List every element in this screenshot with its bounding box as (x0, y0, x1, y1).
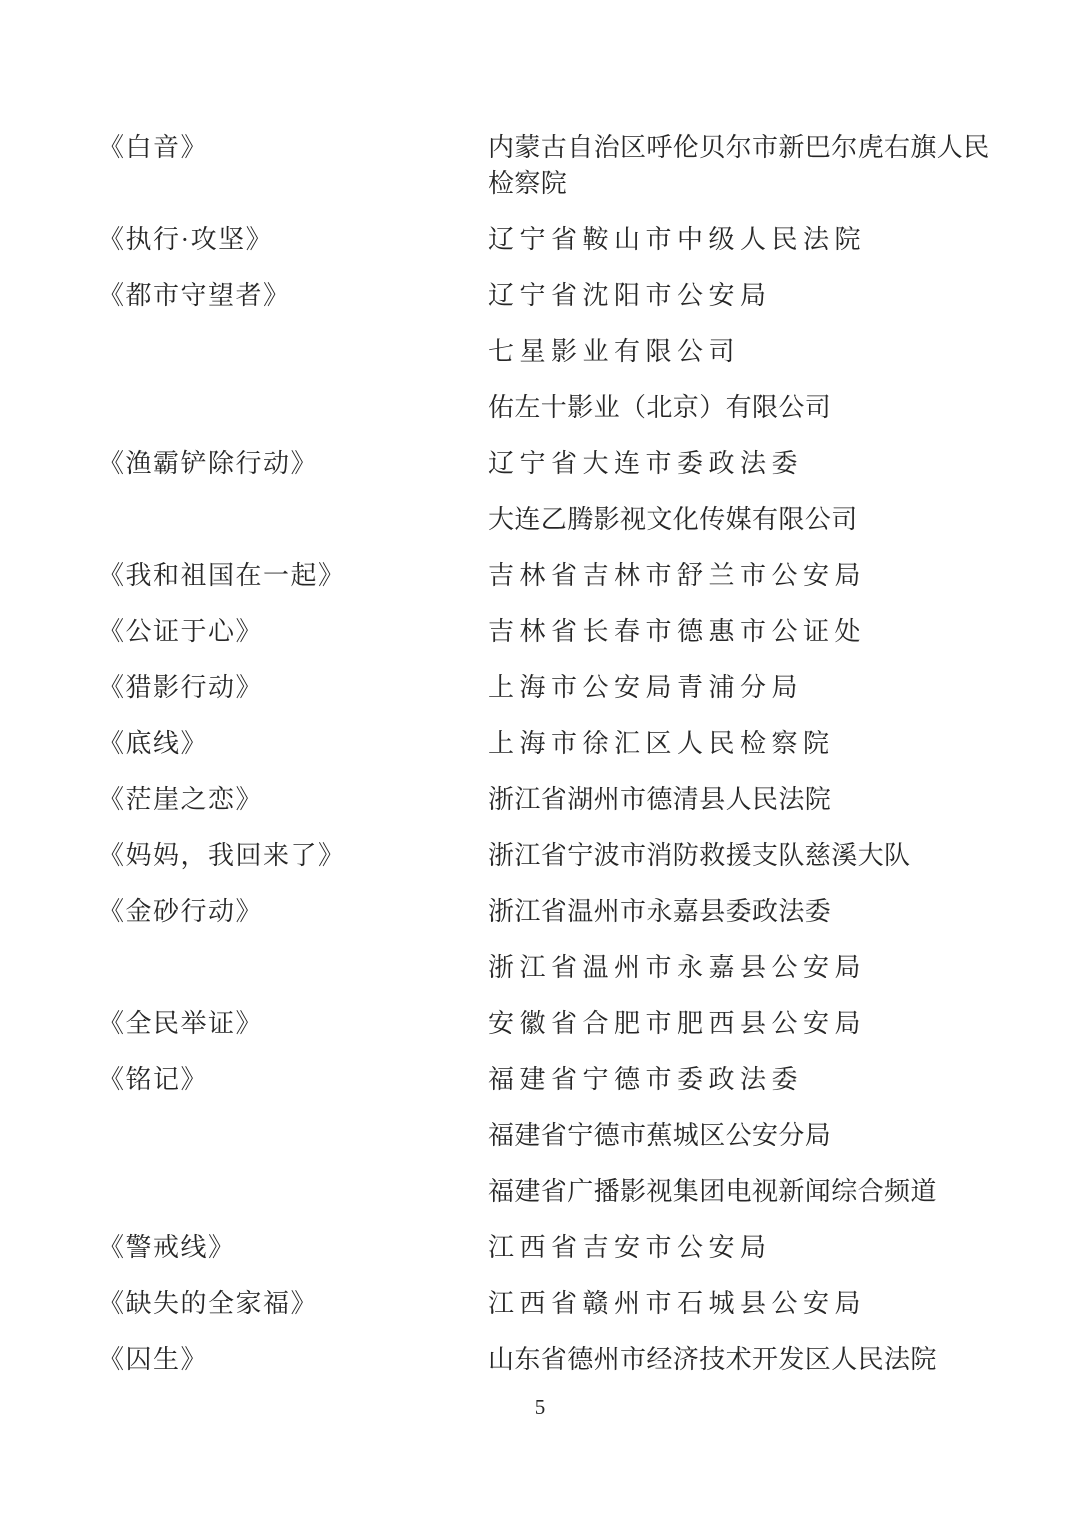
list-item: 《全民举证》安徽省合肥市肥西县公安局 (98, 1006, 995, 1062)
entry-title-column: 《妈妈，我回来了》 (98, 838, 488, 894)
work-title: 《铭记》 (98, 1062, 488, 1098)
list-item: 《底线》上海市徐汇区人民检察院 (98, 726, 995, 782)
list-item: 《公证于心》吉林省长春市德惠市公证处 (98, 614, 995, 670)
entry-orgs-column: 辽宁省大连市委政法委大连乙腾影视文化传媒有限公司 (488, 446, 993, 558)
entry-title-column: 《金砂行动》 (98, 894, 488, 950)
list-item: 《猎影行动》上海市公安局青浦分局 (98, 670, 995, 726)
entry-title-column: 《公证于心》 (98, 614, 488, 670)
work-title: 《猎影行动》 (98, 670, 488, 706)
organization-name: 江西省赣州市石城县公安局 (488, 1286, 993, 1322)
organization-name: 福建省宁德市委政法委 (488, 1062, 993, 1098)
list-item: 《渔霸铲除行动》辽宁省大连市委政法委大连乙腾影视文化传媒有限公司 (98, 446, 995, 558)
entry-orgs-column: 上海市公安局青浦分局 (488, 670, 993, 726)
entry-orgs-column: 吉林省吉林市舒兰市公安局 (488, 558, 993, 614)
document-page: 《白音》内蒙古自治区呼伦贝尔市新巴尔虎右旗人民检察院《执行·攻坚》辽宁省鞍山市中… (0, 0, 1080, 1527)
work-title: 《渔霸铲除行动》 (98, 446, 488, 482)
work-title: 《妈妈，我回来了》 (98, 838, 488, 874)
entry-title-column: 《全民举证》 (98, 1006, 488, 1062)
organization-name: 上海市公安局青浦分局 (488, 670, 993, 706)
entry-orgs-column: 浙江省湖州市德清县人民法院 (488, 782, 993, 838)
organization-name: 上海市徐汇区人民检察院 (488, 726, 993, 762)
organization-name: 江西省吉安市公安局 (488, 1230, 993, 1266)
work-title: 《都市守望者》 (98, 278, 488, 314)
organization-name: 辽宁省大连市委政法委 (488, 446, 993, 482)
organization-name: 辽宁省鞍山市中级人民法院 (488, 222, 993, 258)
organization-name: 浙江省温州市永嘉县委政法委 (488, 894, 993, 930)
entry-title-column: 《茫崖之恋》 (98, 782, 488, 838)
entry-title-column: 《我和祖国在一起》 (98, 558, 488, 614)
organization-name: 福建省广播影视集团电视新闻综合频道 (488, 1174, 993, 1210)
entry-title-column: 《渔霸铲除行动》 (98, 446, 488, 502)
organization-name: 大连乙腾影视文化传媒有限公司 (488, 502, 993, 538)
awards-list: 《白音》内蒙古自治区呼伦贝尔市新巴尔虎右旗人民检察院《执行·攻坚》辽宁省鞍山市中… (98, 130, 995, 1398)
entry-title-column: 《缺失的全家福》 (98, 1286, 488, 1342)
work-title: 《茫崖之恋》 (98, 782, 488, 818)
list-item: 《执行·攻坚》辽宁省鞍山市中级人民法院 (98, 222, 995, 278)
entry-title-column: 《执行·攻坚》 (98, 222, 488, 278)
entry-orgs-column: 辽宁省鞍山市中级人民法院 (488, 222, 993, 278)
entry-title-column: 《白音》 (98, 130, 488, 186)
organization-name: 内蒙古自治区呼伦贝尔市新巴尔虎右旗人民检察院 (488, 130, 993, 202)
organization-name: 浙江省宁波市消防救援支队慈溪大队 (488, 838, 993, 874)
list-item: 《茫崖之恋》浙江省湖州市德清县人民法院 (98, 782, 995, 838)
work-title: 《全民举证》 (98, 1006, 488, 1042)
entry-title-column: 《底线》 (98, 726, 488, 782)
work-title: 《金砂行动》 (98, 894, 488, 930)
work-title: 《缺失的全家福》 (98, 1286, 488, 1322)
work-title: 《公证于心》 (98, 614, 488, 650)
list-item: 《缺失的全家福》江西省赣州市石城县公安局 (98, 1286, 995, 1342)
list-item: 《金砂行动》浙江省温州市永嘉县委政法委浙江省温州市永嘉县公安局 (98, 894, 995, 1006)
entry-orgs-column: 浙江省宁波市消防救援支队慈溪大队 (488, 838, 993, 894)
organization-name: 浙江省温州市永嘉县公安局 (488, 950, 993, 986)
work-title: 《警戒线》 (98, 1230, 488, 1266)
list-item: 《妈妈，我回来了》浙江省宁波市消防救援支队慈溪大队 (98, 838, 995, 894)
entry-title-column: 《警戒线》 (98, 1230, 488, 1286)
list-item: 《我和祖国在一起》吉林省吉林市舒兰市公安局 (98, 558, 995, 614)
page-number: 5 (0, 1389, 1080, 1425)
organization-name: 安徽省合肥市肥西县公安局 (488, 1006, 993, 1042)
entry-orgs-column: 浙江省温州市永嘉县委政法委浙江省温州市永嘉县公安局 (488, 894, 993, 1006)
organization-name: 辽宁省沈阳市公安局 (488, 278, 993, 314)
organization-name: 吉林省长春市德惠市公证处 (488, 614, 993, 650)
work-title: 《我和祖国在一起》 (98, 558, 488, 594)
entry-orgs-column: 福建省宁德市委政法委福建省宁德市蕉城区公安分局福建省广播影视集团电视新闻综合频道 (488, 1062, 993, 1230)
work-title: 《执行·攻坚》 (98, 222, 488, 258)
list-item: 《铭记》福建省宁德市委政法委福建省宁德市蕉城区公安分局福建省广播影视集团电视新闻… (98, 1062, 995, 1230)
organization-name: 福建省宁德市蕉城区公安分局 (488, 1118, 993, 1154)
organization-name: 七星影业有限公司 (488, 334, 993, 370)
work-title: 《底线》 (98, 726, 488, 762)
organization-name: 山东省德州市经济技术开发区人民法院 (488, 1342, 993, 1378)
entry-orgs-column: 内蒙古自治区呼伦贝尔市新巴尔虎右旗人民检察院 (488, 130, 993, 222)
entry-orgs-column: 安徽省合肥市肥西县公安局 (488, 1006, 993, 1062)
entry-orgs-column: 辽宁省沈阳市公安局七星影业有限公司佑左十影业（北京）有限公司 (488, 278, 993, 446)
list-item: 《白音》内蒙古自治区呼伦贝尔市新巴尔虎右旗人民检察院 (98, 130, 995, 222)
work-title: 《白音》 (98, 130, 488, 166)
organization-name: 浙江省湖州市德清县人民法院 (488, 782, 993, 818)
entry-title-column: 《铭记》 (98, 1062, 488, 1118)
entry-orgs-column: 吉林省长春市德惠市公证处 (488, 614, 993, 670)
entry-title-column: 《都市守望者》 (98, 278, 488, 334)
entry-orgs-column: 上海市徐汇区人民检察院 (488, 726, 993, 782)
work-title: 《囚生》 (98, 1342, 488, 1378)
entry-orgs-column: 江西省赣州市石城县公安局 (488, 1286, 993, 1342)
organization-name: 吉林省吉林市舒兰市公安局 (488, 558, 993, 594)
entry-title-column: 《猎影行动》 (98, 670, 488, 726)
entry-orgs-column: 江西省吉安市公安局 (488, 1230, 993, 1286)
list-item: 《都市守望者》辽宁省沈阳市公安局七星影业有限公司佑左十影业（北京）有限公司 (98, 278, 995, 446)
list-item: 《警戒线》江西省吉安市公安局 (98, 1230, 995, 1286)
organization-name: 佑左十影业（北京）有限公司 (488, 390, 993, 426)
